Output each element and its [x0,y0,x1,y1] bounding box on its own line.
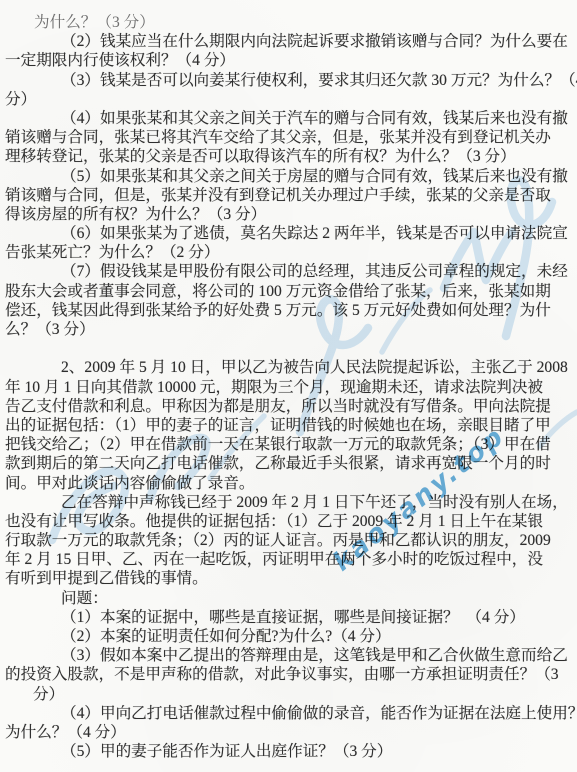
text-line: 么？（3 分） [0,320,577,339]
blank-line [0,339,577,358]
text-line: 间。甲对此谈话内容偷偷做了录音。 [0,474,577,493]
text-line: 分） [0,685,577,704]
text-line: 也没有让甲写收条。他提供的证据包括：（1）乙于 2009 年 2 月 1 日上午… [0,512,577,531]
scanned-document-page: 为什么？（3 分）（2）钱某应当在什么期限内向法院起诉要求撤销该赠与合同？为什么… [0,0,577,772]
text-line: 一定期限内行使该权利？（4 分） [0,51,577,70]
text-line: 年 10 月 1 日向其借款 10000 元，期限为三个月，现逾期未还，请求法院… [0,378,577,397]
text-line: （5）甲的妻子能否作为证人出庭作证？（3 分） [0,742,577,761]
text-line: 销该赠与合同，但是，张某并没有到登记机关办理过户手续，张某的父亲是否取 [0,186,577,205]
text-line: （3）钱某是否可以向姜某行使权利，要求其归还欠款 30 万元？为什么？（4 [0,71,577,90]
text-line: （5）如果张某和其父亲之间关于房屋的赠与合同有效，钱某后来也没有撤 [0,167,577,186]
text-line: 分） [0,90,577,109]
text-line: 问题： [0,589,577,608]
text-line: 为什么？（3 分） [0,13,577,32]
text-line: （4）如果张某和其父亲之间关于汽车的赠与合同有效，钱某后来也没有撤 [0,109,577,128]
text-line: （7）假设钱某是甲股份有限公司的总经理，其违反公司章程的规定，未经 [0,262,577,281]
text-line: 把钱交给乙；（2）甲在借款前一天在某银行取款一万元的取款凭条；（3）甲在借 [0,435,577,454]
text-line: 为什么？（4 分） [0,723,577,742]
text-line: 出的证据包括：（1）甲的妻子的证言，证明借钱的时候她也在场，亲眼目睹了甲 [0,416,577,435]
text-line: 乙在答辩中声称钱已经于 2009 年 2 月 1 日下午还了，当时没有别人在场， [0,493,577,512]
text-line: 款到期后的第二天向乙打电话催款，乙称最近手头很紧，请求再宽限一个月的时 [0,454,577,473]
text-line: 得该房屋的所有权？为什么？（3 分） [0,205,577,224]
text-line: 行取款一万元的取款凭条；（2）丙的证人证言。丙是甲和乙都认识的朋友，2009 [0,531,577,550]
text-line: 有听到甲提到乙借钱的事情。 [0,569,577,588]
text-line: （2）本案的证明责任如何分配?为什么?（4 分） [0,627,577,646]
text-line: 理移转登记，张某的父亲是否可以取得该汽车的所有权？为什么？（3 分） [0,147,577,166]
text-line: 的投资入股款，不是甲声称的借款，对此争议事实，由哪一方承担证明责任？（3 [0,665,577,684]
text-line: 2、2009 年 5 月 10 日，甲以乙为被告向人民法院提起诉讼，主张乙于 2… [0,358,577,377]
text-line: （2）钱某应当在什么期限内向法院起诉要求撤销该赠与合同？为什么要在 [0,32,577,51]
text-line: 年 2 月 15 日甲、乙、丙在一起吃饭，丙证明甲在两个多小时的吃饭过程中，没 [0,550,577,569]
text-line: （6）如果张某为了逃债，莫名失踪达 2 两年半，钱某是否可以申请法院宣 [0,224,577,243]
text-line: （1）本案的证据中，哪些是直接证据，哪些是间接证据？ （4 分） [0,608,577,627]
text-line: 偿还，钱某因此得到张某给予的好处费 5 万元。该 5 万元好处费如何处理？为什 [0,301,577,320]
document-text: 为什么？（3 分）（2）钱某应当在什么期限内向法院起诉要求撤销该赠与合同？为什么… [0,13,577,761]
text-line: 销该赠与合同，张某已将其汽车交给了其父亲，但是，张某并没有到登记机关办 [0,128,577,147]
text-line: 告乙支付借款和利息。甲称因为都是朋友，所以当时就没有写借条。甲向法院提 [0,397,577,416]
text-line: 告张某死亡？为什么？（2 分） [0,243,577,262]
text-line: （4）甲向乙打电话催款过程中偷偷做的录音，能否作为证据在法庭上使用？ [0,704,577,723]
text-line: （3）假如本案中乙提出的答辩理由是，这笔钱是甲和乙合伙做生意而给乙 [0,646,577,665]
text-line: 股东大会或者董事会同意，将公司的 100 万元资金借给了张某，后来，张某如期 [0,282,577,301]
